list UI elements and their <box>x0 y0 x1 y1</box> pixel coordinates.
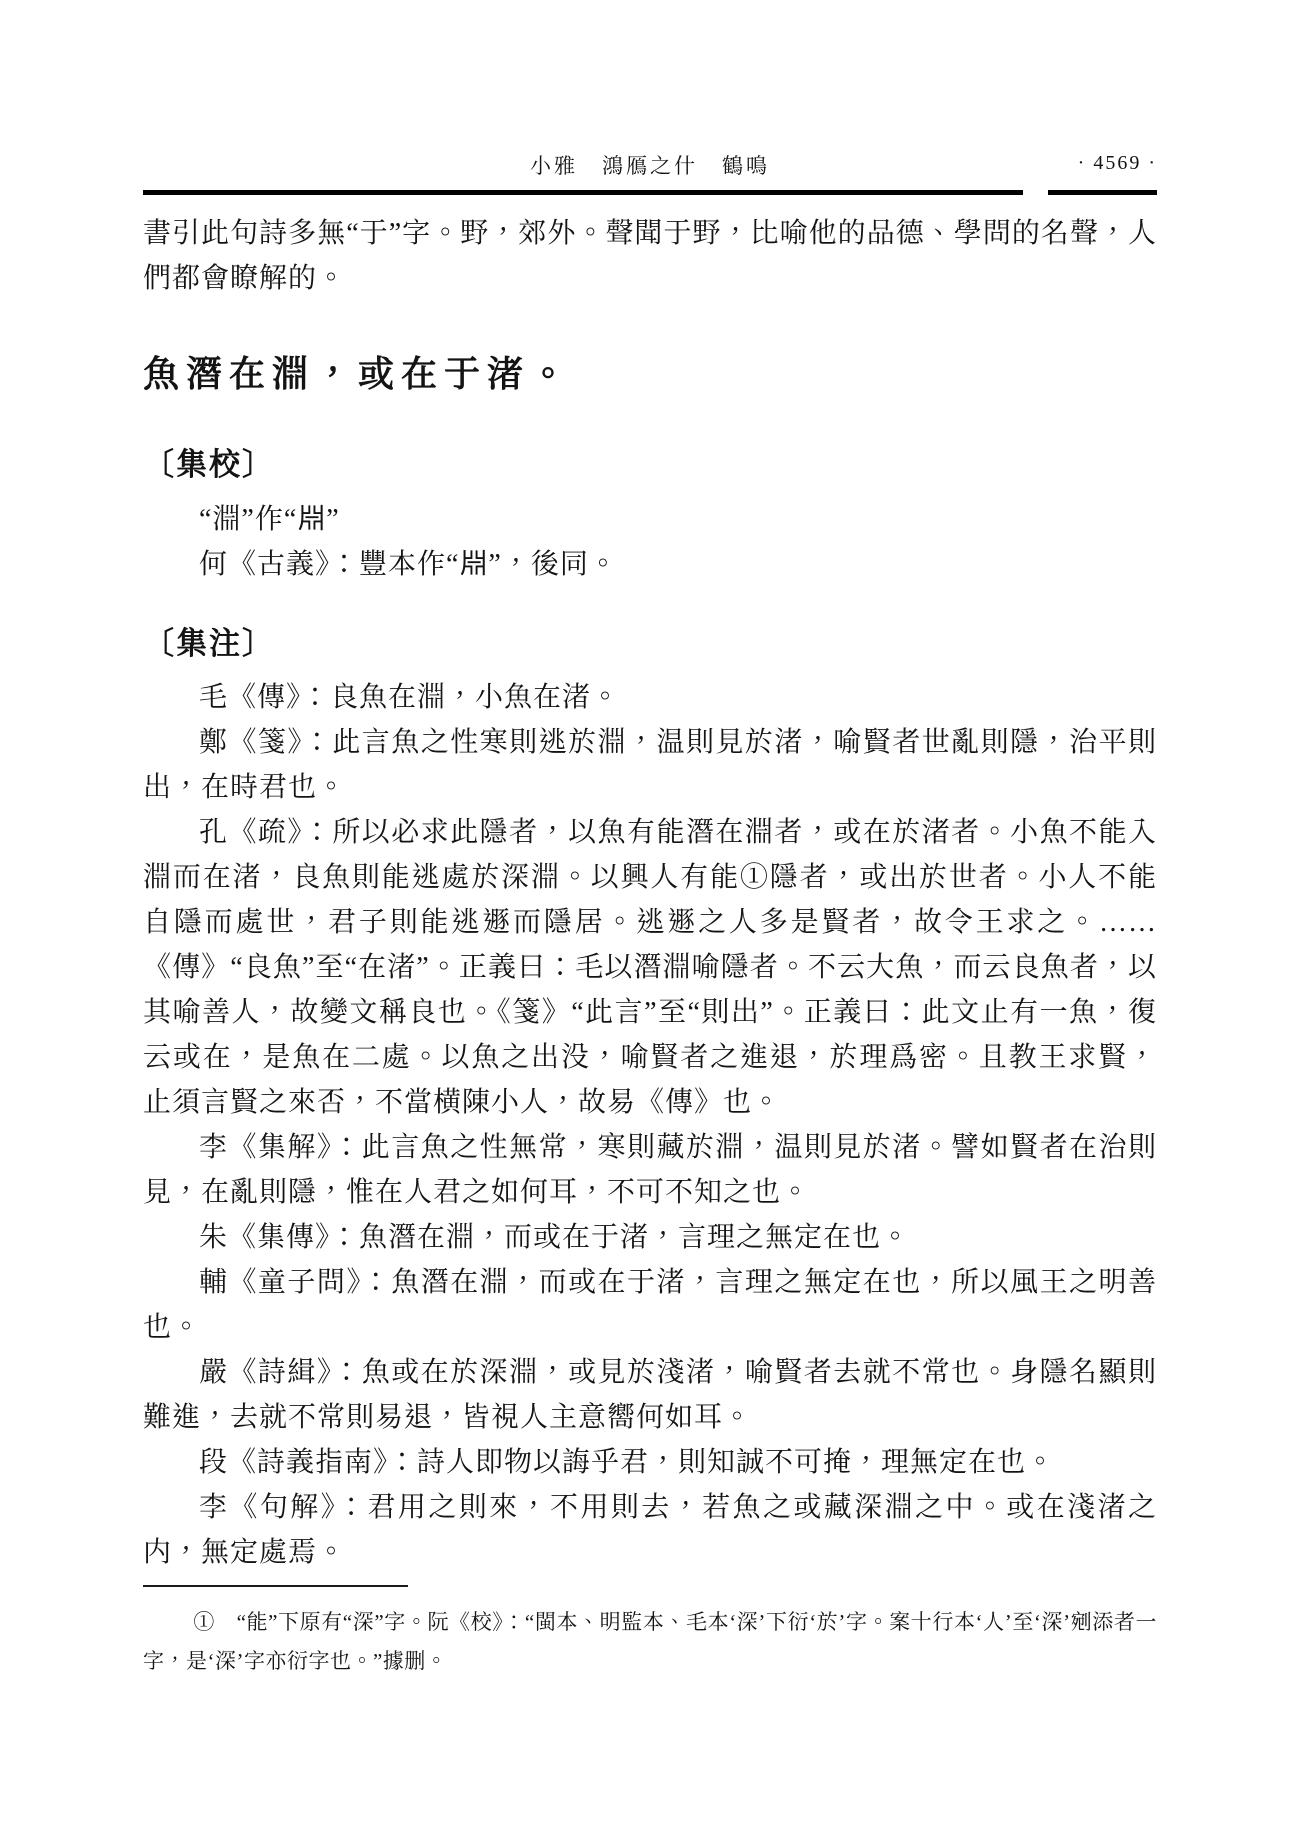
collation-entry: 何《古義》：豐本作“𣶒”，後同。 <box>143 542 1157 587</box>
intro-paragraph: 書引此句詩多無“于”字。野，郊外。聲聞于野，比喻他的品德、學問的名聲，人們都會瞭… <box>143 211 1157 301</box>
annotation-paragraph: 段《詩義指南》：詩人即物以誨乎君，則知誠不可掩，理無定在也。 <box>143 1440 1157 1485</box>
section-label-annotation: 〔集注〕 <box>143 625 1157 662</box>
header-rule-gap <box>1023 190 1048 195</box>
book-page: 小雅 鴻鴈之什 鶴鳴 · 4569 · 書引此句詩多無“于”字。野，郊外。聲聞于… <box>0 0 1300 1827</box>
verse-heading: 魚潛在淵，或在于渚。 <box>143 353 1157 396</box>
annotation-paragraph: 毛《傳》：良魚在淵，小魚在渚。 <box>143 675 1157 720</box>
annotation-paragraphs: 毛《傳》：良魚在淵，小魚在渚。 鄭《箋》：此言魚之性寒則逃於淵，温則見於渚，喻賢… <box>143 675 1157 1575</box>
header-rule-right-segment <box>1048 190 1157 195</box>
running-head: 小雅 鴻鴈之什 鶴鳴 · 4569 · <box>143 150 1157 180</box>
header-rule <box>143 190 1157 195</box>
annotation-paragraph: 輔《童子問》：魚潛在淵，而或在于渚，言理之無定在也，所以風王之明善也。 <box>143 1260 1157 1350</box>
annotation-paragraph: 李《集解》：此言魚之性無常，寒則藏於淵，温則見於渚。譬如賢者在治則見，在亂則隱，… <box>143 1125 1157 1215</box>
annotation-paragraph: 孔《疏》：所以必求此隱者，以魚有能潛在淵者，或在於渚者。小魚不能入淵而在渚，良魚… <box>143 810 1157 1125</box>
page-number: · 4569 · <box>1078 152 1157 175</box>
annotation-paragraph: 李《句解》：君用之則來，不用則去，若魚之或藏深淵之中。或在淺渚之内，無定處焉。 <box>143 1485 1157 1575</box>
collation-entries: “淵”作“𣶒” 何《古義》：豐本作“𣶒”，後同。 <box>143 497 1157 587</box>
annotation-paragraph: 嚴《詩緝》：魚或在於深淵，或見於淺渚，喻賢者去就不常也。身隱名顯則難進，去就不常… <box>143 1350 1157 1440</box>
section-label-collation: 〔集校〕 <box>143 446 1157 483</box>
footnote-divider <box>143 1585 408 1587</box>
running-header-title: 小雅 鴻鴈之什 鶴鳴 <box>530 150 770 180</box>
page-body: 書引此句詩多無“于”字。野，郊外。聲聞于野，比喻他的品德、學問的名聲，人們都會瞭… <box>143 211 1157 1681</box>
collation-entry: “淵”作“𣶒” <box>143 497 1157 542</box>
annotation-paragraph: 鄭《箋》：此言魚之性寒則逃於淵，温則見於渚，喻賢者世亂則隱，治平則出，在時君也。 <box>143 720 1157 810</box>
header-rule-left-segment <box>143 190 1023 195</box>
page-header: 小雅 鴻鴈之什 鶴鳴 · 4569 · <box>143 150 1157 195</box>
annotation-paragraph: 朱《集傳》：魚潛在淵，而或在于渚，言理之無定在也。 <box>143 1215 1157 1260</box>
footnote-text: ① “能”下原有“深”字。阮《校》：“閩本、明監本、毛本‘深’下衍‘於’字。案十… <box>143 1603 1157 1681</box>
